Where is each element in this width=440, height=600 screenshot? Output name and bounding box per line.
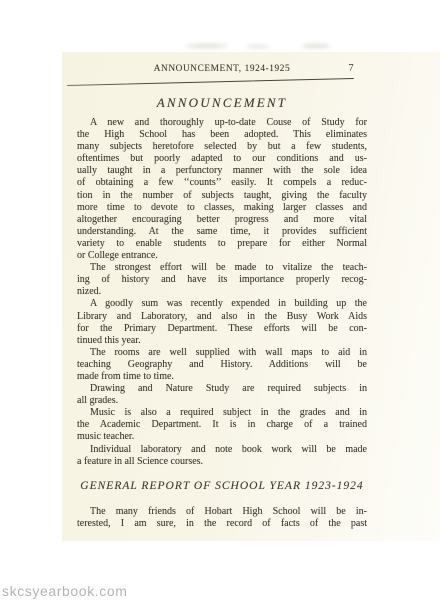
- paragraph: A new and thoroughly up-to-date Couse of…: [77, 117, 367, 262]
- text-line: for the Primary Department. These effort…: [77, 323, 367, 335]
- text-line: ing of history and have its importance p…: [77, 274, 367, 286]
- text-line: the Academic Department. It is in charge…: [77, 419, 367, 431]
- text-line: Individual laboratory and note book work…: [77, 444, 367, 456]
- page-title: ANNOUNCEMENT: [77, 95, 367, 111]
- text-line: of obtaining a few ‘‘counts’’ easily. It…: [77, 177, 367, 189]
- header-rule: [67, 78, 354, 86]
- paragraph: Individual laboratory and note book work…: [77, 444, 367, 468]
- scanned-page: ANNOUNCEMENT, 1924-1925 7 ANNOUNCEMENT A…: [62, 52, 440, 541]
- text-line: the High School has been adopted. This e…: [77, 129, 367, 141]
- text-line: all grades.: [77, 395, 367, 407]
- text-line: Music is also a required subject in the …: [77, 407, 367, 419]
- section-heading: GENERAL REPORT OF SCHOOL YEAR 1923-1924: [72, 480, 372, 492]
- text-line: music teacher.: [77, 431, 367, 443]
- paragraph: Music is also a required subject in the …: [77, 407, 367, 443]
- text-line: a feature in all Science courses.: [77, 456, 367, 468]
- text-line: Drawing and Nature Study are required su…: [77, 383, 367, 395]
- text-line: made from time to time.: [77, 371, 367, 383]
- text-line: A new and thoroughly up-to-date Couse of…: [77, 117, 367, 129]
- text-line: understanding. At the same time, it prov…: [77, 226, 367, 238]
- paragraph: The many friends of Hobart High School w…: [77, 506, 367, 530]
- text-line: ually taught in a perfunctory manner wit…: [77, 165, 367, 177]
- paragraph: The strongest effort will be made to vit…: [77, 262, 367, 298]
- paragraph: A goodly sum was recently expended in bu…: [77, 298, 367, 346]
- paragraph: The rooms are well supplied with wall ma…: [77, 347, 367, 383]
- scan-artifact: [186, 44, 228, 48]
- announcement-body: A new and thoroughly up-to-date Couse of…: [77, 117, 367, 468]
- text-line: nized.: [77, 286, 367, 298]
- text-line: more time to devote to classes, making l…: [77, 202, 367, 214]
- scan-background: ANNOUNCEMENT, 1924-1925 7 ANNOUNCEMENT A…: [0, 0, 440, 600]
- text-line: The many friends of Hobart High School w…: [77, 506, 367, 518]
- text-line: The strongest effort will be made to vit…: [77, 262, 367, 274]
- text-line: variety to enable students to prepare fo…: [77, 238, 367, 250]
- text-line: tion in the number of subjects taught, g…: [77, 190, 367, 202]
- watermark: skcsyearbook.com: [2, 583, 128, 599]
- text-line: The rooms are well supplied with wall ma…: [77, 347, 367, 359]
- text-line: oftentimes but poorly adapted to our con…: [77, 153, 367, 165]
- text-line: altogether encouraging better progress a…: [77, 214, 367, 226]
- text-line: A goodly sum was recently expended in bu…: [77, 298, 367, 310]
- scan-artifact: [246, 45, 270, 48]
- text-line: Library and Laboratory, and also in the …: [77, 311, 367, 323]
- text-line: or College entrance.: [77, 250, 367, 262]
- scan-artifact: [301, 44, 331, 48]
- text-line: terested, I am sure, in the record of fa…: [77, 518, 367, 530]
- page-number: 7: [343, 63, 359, 74]
- text-line: tinued this year.: [77, 335, 367, 347]
- running-title: ANNOUNCEMENT, 1924-1925: [77, 64, 367, 74]
- text-line: teaching Geography and History. Addition…: [77, 359, 367, 371]
- text-line: many subjects heretofore selected by but…: [77, 141, 367, 153]
- paragraph: Drawing and Nature Study are required su…: [77, 383, 367, 407]
- section-body: The many friends of Hobart High School w…: [77, 506, 367, 530]
